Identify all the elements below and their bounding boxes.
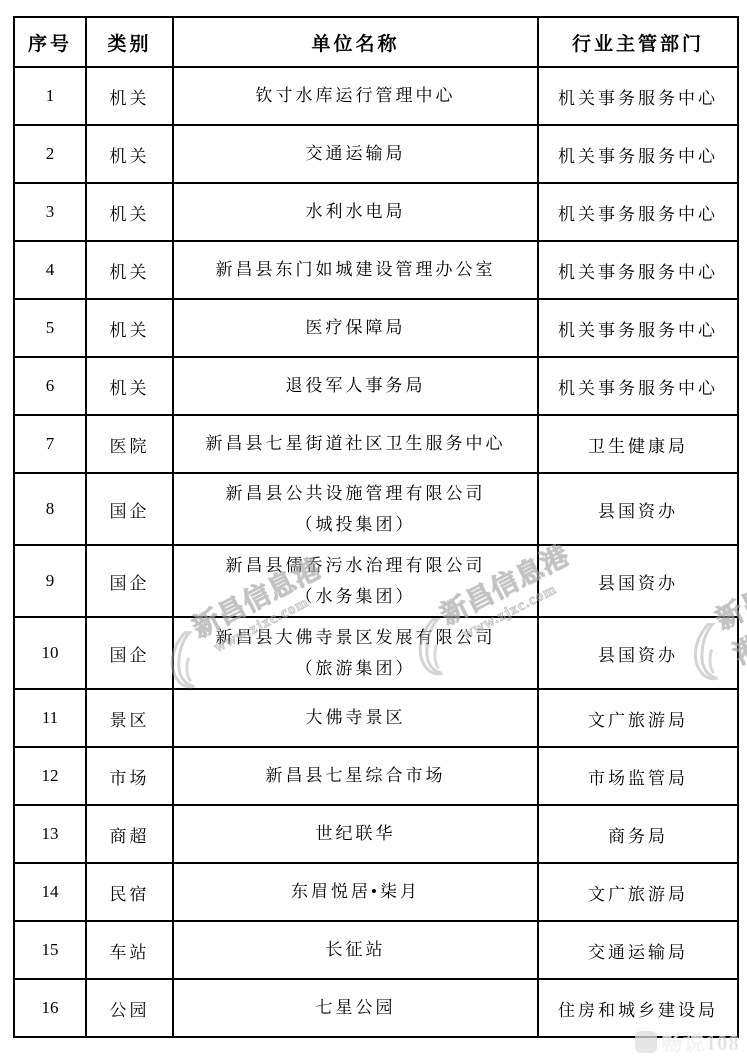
table-row: 11 景区 大佛寺景区 文广旅游局: [14, 689, 738, 747]
unit-name-line: 新昌县东门如城建设管理办公室: [176, 259, 535, 280]
table-row: 1 机关 钦寸水库运行管理中心 机关事务服务中心: [14, 67, 738, 125]
cell-unit-name: 交通运输局: [173, 125, 538, 183]
cell-unit-name: 新昌县七星综合市场: [173, 747, 538, 805]
table-row: 8 国企 新昌县公共设施管理有限公司（城投集团） 县国资办: [14, 473, 738, 545]
table-row: 4 机关 新昌县东门如城建设管理办公室 机关事务服务中心: [14, 241, 738, 299]
cell-department: 机关事务服务中心: [538, 183, 738, 241]
unit-name-line: 新昌县七星综合市场: [176, 765, 535, 786]
table-row: 15 车站 长征站 交通运输局: [14, 921, 738, 979]
cell-index: 8: [14, 473, 86, 545]
cell-department: 县国资办: [538, 617, 738, 689]
cell-index: 4: [14, 241, 86, 299]
cell-category: 民宿: [86, 863, 173, 921]
unit-name-line: 长征站: [176, 939, 535, 960]
table-row: 2 机关 交通运输局 机关事务服务中心: [14, 125, 738, 183]
cell-department: 卫生健康局: [538, 415, 738, 473]
unit-name-line: 七星公园: [176, 997, 535, 1018]
table-row: 10 国企 新昌县大佛寺景区发展有限公司（旅游集团） 县国资办: [14, 617, 738, 689]
cell-department: 县国资办: [538, 545, 738, 617]
col-header-category: 类别: [86, 17, 173, 67]
cell-category: 医院: [86, 415, 173, 473]
unit-name-line: 钦寸水库运行管理中心: [176, 85, 535, 106]
unit-name-line: （旅游集团）: [176, 658, 535, 679]
table-row: 14 民宿 东眉悦居•柒月 文广旅游局: [14, 863, 738, 921]
cell-unit-name: 长征站: [173, 921, 538, 979]
cell-index: 11: [14, 689, 86, 747]
unit-name-line: 退役军人事务局: [176, 375, 535, 396]
cell-index: 3: [14, 183, 86, 241]
cell-index: 6: [14, 357, 86, 415]
cell-category: 公园: [86, 979, 173, 1037]
cell-unit-name: 新昌县儒岙污水治理有限公司（水务集团）: [173, 545, 538, 617]
cell-department: 住房和城乡建设局: [538, 979, 738, 1037]
cell-department: 县国资办: [538, 473, 738, 545]
unit-name-line: 新昌县儒岙污水治理有限公司: [176, 555, 535, 576]
cell-unit-name: 大佛寺景区: [173, 689, 538, 747]
unit-name-line: 水利水电局: [176, 201, 535, 222]
cell-unit-name: 水利水电局: [173, 183, 538, 241]
cell-index: 13: [14, 805, 86, 863]
cell-index: 15: [14, 921, 86, 979]
unit-name-line: 医疗保障局: [176, 317, 535, 338]
col-header-index: 序号: [14, 17, 86, 67]
cell-department: 机关事务服务中心: [538, 67, 738, 125]
cell-department: 商务局: [538, 805, 738, 863]
cell-index: 10: [14, 617, 86, 689]
table-row: 16 公园 七星公园 住房和城乡建设局: [14, 979, 738, 1037]
cell-unit-name: 新昌县公共设施管理有限公司（城投集团）: [173, 473, 538, 545]
cell-department: 机关事务服务中心: [538, 357, 738, 415]
cell-unit-name: 七星公园: [173, 979, 538, 1037]
cell-unit-name: 世纪联华: [173, 805, 538, 863]
unit-name-line: 交通运输局: [176, 143, 535, 164]
cell-category: 机关: [86, 67, 173, 125]
cell-index: 2: [14, 125, 86, 183]
cell-category: 市场: [86, 747, 173, 805]
cell-category: 机关: [86, 357, 173, 415]
cell-unit-name: 退役军人事务局: [173, 357, 538, 415]
cell-index: 9: [14, 545, 86, 617]
cell-department: 机关事务服务中心: [538, 125, 738, 183]
cell-index: 16: [14, 979, 86, 1037]
unit-directory-table-container: 序号 类别 单位名称 行业主管部门 1 机关 钦寸水库运行管理中心 机关事务服务…: [13, 16, 739, 1038]
cell-category: 国企: [86, 545, 173, 617]
cell-category: 国企: [86, 617, 173, 689]
cell-category: 国企: [86, 473, 173, 545]
cell-category: 机关: [86, 183, 173, 241]
col-header-unit-name: 单位名称: [173, 17, 538, 67]
unit-directory-table: 序号 类别 单位名称 行业主管部门 1 机关 钦寸水库运行管理中心 机关事务服务…: [13, 16, 739, 1038]
table-row: 7 医院 新昌县七星街道社区卫生服务中心 卫生健康局: [14, 415, 738, 473]
table-row: 3 机关 水利水电局 机关事务服务中心: [14, 183, 738, 241]
cell-department: 机关事务服务中心: [538, 299, 738, 357]
cell-unit-name: 新昌县七星街道社区卫生服务中心: [173, 415, 538, 473]
col-header-department: 行业主管部门: [538, 17, 738, 67]
cell-unit-name: 新昌县大佛寺景区发展有限公司（旅游集团）: [173, 617, 538, 689]
cell-department: 市场监管局: [538, 747, 738, 805]
cell-category: 机关: [86, 241, 173, 299]
cell-unit-name: 新昌县东门如城建设管理办公室: [173, 241, 538, 299]
cell-category: 机关: [86, 299, 173, 357]
unit-name-line: 世纪联华: [176, 823, 535, 844]
unit-name-line: 东眉悦居•柒月: [176, 881, 535, 902]
cell-unit-name: 医疗保障局: [173, 299, 538, 357]
cell-category: 商超: [86, 805, 173, 863]
table-row: 13 商超 世纪联华 商务局: [14, 805, 738, 863]
cell-unit-name: 钦寸水库运行管理中心: [173, 67, 538, 125]
table-row: 12 市场 新昌县七星综合市场 市场监管局: [14, 747, 738, 805]
cell-index: 14: [14, 863, 86, 921]
cell-category: 车站: [86, 921, 173, 979]
cell-index: 7: [14, 415, 86, 473]
cell-category: 机关: [86, 125, 173, 183]
unit-name-line: （城投集团）: [176, 514, 535, 535]
header-row: 序号 类别 单位名称 行业主管部门: [14, 17, 738, 67]
unit-name-line: （水务集团）: [176, 586, 535, 607]
unit-name-line: 新昌县七星街道社区卫生服务中心: [176, 433, 535, 454]
cell-department: 文广旅游局: [538, 863, 738, 921]
cell-index: 1: [14, 67, 86, 125]
cell-unit-name: 东眉悦居•柒月: [173, 863, 538, 921]
cell-index: 5: [14, 299, 86, 357]
table-row: 9 国企 新昌县儒岙污水治理有限公司（水务集团） 县国资办: [14, 545, 738, 617]
cell-department: 文广旅游局: [538, 689, 738, 747]
table-row: 5 机关 医疗保障局 机关事务服务中心: [14, 299, 738, 357]
unit-name-line: 新昌县大佛寺景区发展有限公司: [176, 627, 535, 648]
cell-category: 景区: [86, 689, 173, 747]
table-row: 6 机关 退役军人事务局 机关事务服务中心: [14, 357, 738, 415]
unit-name-line: 新昌县公共设施管理有限公司: [176, 483, 535, 504]
cell-index: 12: [14, 747, 86, 805]
cell-department: 机关事务服务中心: [538, 241, 738, 299]
cell-department: 交通运输局: [538, 921, 738, 979]
unit-name-line: 大佛寺景区: [176, 707, 535, 728]
